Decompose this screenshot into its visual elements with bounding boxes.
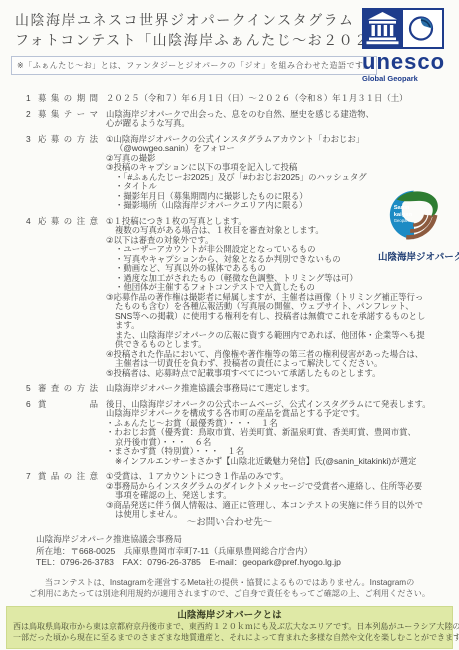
section-label: 賞品 [38, 400, 98, 467]
unesco-logo-squares [362, 8, 452, 49]
section-content: 後日、山陰海岸ジオパークの公式ホームページ、公式インスタグラムにて発表します。山… [106, 400, 459, 467]
section-6: 6賞品後日、山陰海岸ジオパークの公式ホームページ、公式インスタグラムにて発表しま… [0, 400, 459, 467]
text-line: ⑤投稿者は、応募時点で記載事項すべてについて承諾したものとします。 [106, 369, 459, 379]
section-number: 5 [26, 384, 38, 394]
contact-block: 山陰海岸ジオパーク推進協議会事務局 所在地：〒668-0025 兵庫県豊岡市幸町… [36, 534, 341, 569]
page-title: 山陰海岸ユネスコ世界ジオパークインスタグラム フォトコンテスト「山陰海岸ふぁんた… [15, 10, 401, 50]
geopark-logo-text-1: Sanin [394, 205, 410, 211]
section-label: 応募の方法 [38, 135, 98, 211]
section-label: 募集テーマ [38, 110, 98, 129]
contest-rules: 1募集の期間２０２５（令和７）年６月１日（日）～２０２６（令和８）年１月３１日（… [0, 94, 459, 526]
section-content: ２０２５（令和７）年６月１日（日）～２０２６（令和８）年１月３１日（土） [106, 94, 459, 104]
contact-office: 山陰海岸ジオパーク推進協議会事務局 [36, 534, 341, 546]
section-label: 募集の期間 [38, 94, 98, 104]
title-note: ※「ふぁんたじ～お」とは、ファンタジーとジオパークの「ジオ」を組み合わせた造語で… [11, 56, 377, 75]
section-content: 山陰海岸ジオパークで出会った、息をのむ自然、歴史を感じる建造物、心が躍るような写… [106, 110, 459, 129]
section-number: 7 [26, 472, 38, 520]
section-number: 6 [26, 400, 38, 467]
text-line: （@wowgeo.sanin）をフォロー [106, 144, 459, 154]
section-label: 応募の注意 [38, 217, 98, 379]
section-number: 3 [26, 135, 38, 211]
contact-tel-fax-email: TEL：0796-26-3783 FAX：0796-26-3785 E-mail… [36, 557, 341, 569]
about-geopark-line-2: 一部だった頃から現在に至るまでのさまざまな地質遺産と、それによって育まれた多様な… [13, 633, 446, 644]
unesco-globe-icon [403, 8, 444, 49]
contact-heading: ～お問い合わせ先～ [0, 514, 459, 528]
contact-address: 所在地：〒668-0025 兵庫県豊岡市幸町7-11（兵庫県豊岡総合庁舎内） [36, 546, 341, 558]
text-line: 山陰海岸ジオパーク推進協議会事務局にて選定します。 [106, 384, 459, 394]
section-1: 1募集の期間２０２５（令和７）年６月１日（日）～２０２６（令和８）年１月３１日（… [0, 94, 459, 104]
geopark-logo-text-3: Geopark [394, 218, 411, 223]
geopark-logo: Sanin kaigan Geopark 山陰海岸ジオパーク [378, 184, 450, 263]
text-line: ※インフルエンサーまさかず【山陰北近畿魅力発信】氏(@sanin_kitakin… [106, 457, 459, 467]
geopark-logo-text-2: kaigan [394, 212, 413, 218]
section-label: 賞品の注意 [38, 472, 98, 520]
unesco-temple-icon [362, 8, 403, 49]
title-line-1: 山陰海岸ユネスコ世界ジオパークインスタグラム [15, 10, 401, 30]
text-line: ・「#ふぁんたじーお2025」及び「#わおじお2025」のハッシュタグ [106, 173, 459, 183]
instagram-disclaimer: 当コンテストは、Instagramを運営するMeta社の提供・協賛によるものでは… [0, 578, 459, 599]
about-geopark-title: 山陰海岸ジオパークとは [13, 610, 446, 622]
unesco-logo: unesco Global Geopark [362, 8, 452, 83]
section-number: 1 [26, 94, 38, 104]
section-number: 2 [26, 110, 38, 129]
unesco-wordmark: unesco [362, 50, 452, 74]
section-label: 審査の方法 [38, 384, 98, 394]
geopark-logo-icon: Sanin kaigan Geopark [385, 184, 443, 242]
text-line: SNS等への掲載）に使用する権利を有し、投稿者は無償でこれを承諾するものとし [106, 312, 459, 322]
section-content: 山陰海岸ジオパーク推進協議会事務局にて選定します。 [106, 384, 459, 394]
section-content: ①受賞は、１アカウントにつき１作品のみです。②事務局からインスタグラムのダイレク… [106, 472, 459, 520]
section-5: 5審査の方法山陰海岸ジオパーク推進協議会事務局にて選定します。 [0, 384, 459, 394]
section-2: 2募集テーマ山陰海岸ジオパークで出会った、息をのむ自然、歴史を感じる建造物、心が… [0, 110, 459, 129]
section-number: 4 [26, 217, 38, 379]
text-line: ２０２５（令和７）年６月１日（日）～２０２６（令和８）年１月３１日（土） [106, 94, 459, 104]
disclaimer-line-1: 当コンテストは、Instagramを運営するMeta社の提供・協賛によるものでは… [0, 578, 459, 589]
disclaimer-line-2: ご利用にあたっては別途利用規約が適用されますので、ご自身で責任をもってご確認の上… [0, 589, 459, 600]
section-7: 7賞品の注意①受賞は、１アカウントにつき１作品のみです。②事務局からインスタグラ… [0, 472, 459, 520]
flyer-page: 山陰海岸ユネスコ世界ジオパークインスタグラム フォトコンテスト「山陰海岸ふぁんた… [0, 0, 459, 650]
about-geopark-box: 山陰海岸ジオパークとは 西は鳥取県鳥取市から東は京都府京丹後市まで、東西約１２０… [6, 606, 453, 649]
unesco-subtitle: Global Geopark [362, 74, 452, 83]
title-line-2: フォトコンテスト「山陰海岸ふぁんたじ～お２０２５」 [15, 30, 401, 50]
text-line: 心が躍るような写真。 [106, 119, 459, 129]
about-geopark-line-1: 西は鳥取県鳥取市から東は京都府京丹後市まで、東西約１２０ｋｍにも及ぶ広大なエリア… [13, 622, 446, 633]
geopark-logo-label: 山陰海岸ジオパーク [378, 249, 450, 263]
